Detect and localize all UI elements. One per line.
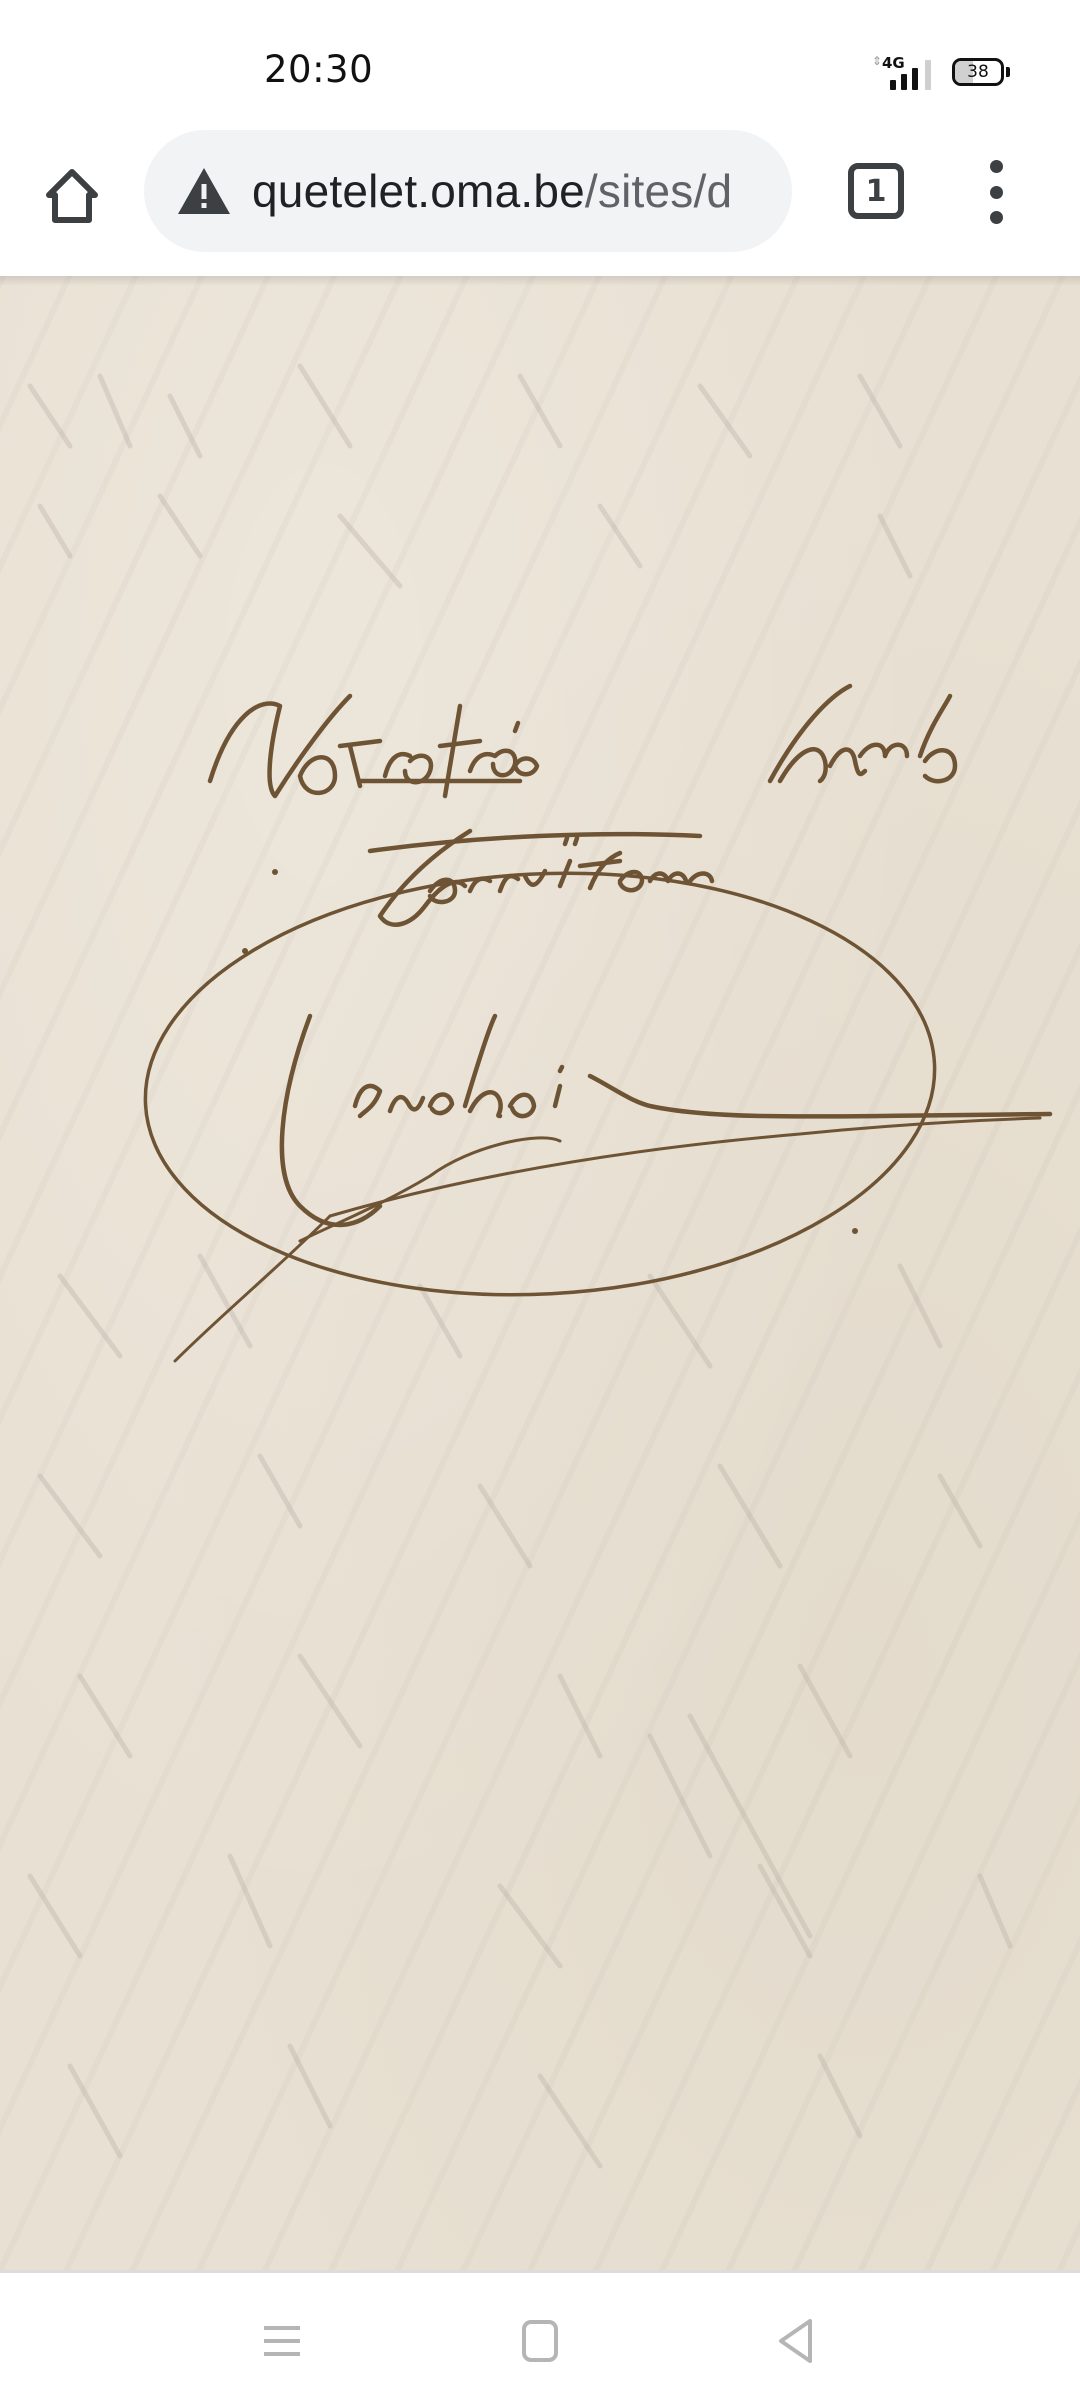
signal-bar (912, 68, 918, 90)
address-bar[interactable]: quetelet.oma.be/sites/d (144, 130, 792, 252)
status-bar: 20:30 ⇕ 4G 38 (0, 0, 1080, 130)
tab-count: 1 (866, 174, 887, 209)
back-triangle-icon (776, 2318, 816, 2364)
battery-level: 38 (967, 62, 989, 82)
url-domain: quetelet.oma.be (252, 165, 585, 217)
url-path: /sites/d (585, 165, 732, 217)
handwritten-signature (0, 276, 1080, 2270)
signal-bar (925, 60, 931, 90)
recents-menu-icon (262, 2321, 302, 2361)
manuscript-image[interactable]: Votre très humb[le] Serviteur Cauchoix (0, 276, 1080, 2270)
data-arrows-icon: ⇕ (872, 56, 882, 66)
more-options-button[interactable] (972, 160, 1020, 224)
system-navigation-bar (0, 2270, 1080, 2400)
home-icon (44, 167, 100, 225)
recents-button[interactable] (252, 2311, 312, 2371)
url-text[interactable]: quetelet.oma.be/sites/d (252, 164, 772, 218)
network-type: 4G (882, 54, 905, 72)
back-button[interactable] (766, 2311, 826, 2371)
status-time: 20:30 (264, 48, 373, 91)
home-nav-button[interactable] (510, 2311, 570, 2371)
menu-dot (990, 160, 1003, 173)
home-button[interactable] (36, 160, 108, 232)
browser-toolbar: quetelet.oma.be/sites/d 1 (0, 130, 1080, 276)
system-icons: ⇕ 4G 38 (872, 52, 1010, 92)
warning-triangle-icon[interactable] (176, 166, 232, 216)
tab-switcher-button[interactable]: 1 (848, 163, 904, 219)
menu-dot (990, 211, 1003, 224)
signal-bar (901, 74, 907, 90)
cellular-signal-icon: ⇕ 4G (872, 52, 938, 92)
menu-dot (990, 186, 1003, 199)
battery-tip (1006, 67, 1010, 77)
signal-bar (890, 80, 896, 90)
battery-icon: 38 (952, 58, 1004, 86)
home-square-icon (520, 2319, 560, 2363)
